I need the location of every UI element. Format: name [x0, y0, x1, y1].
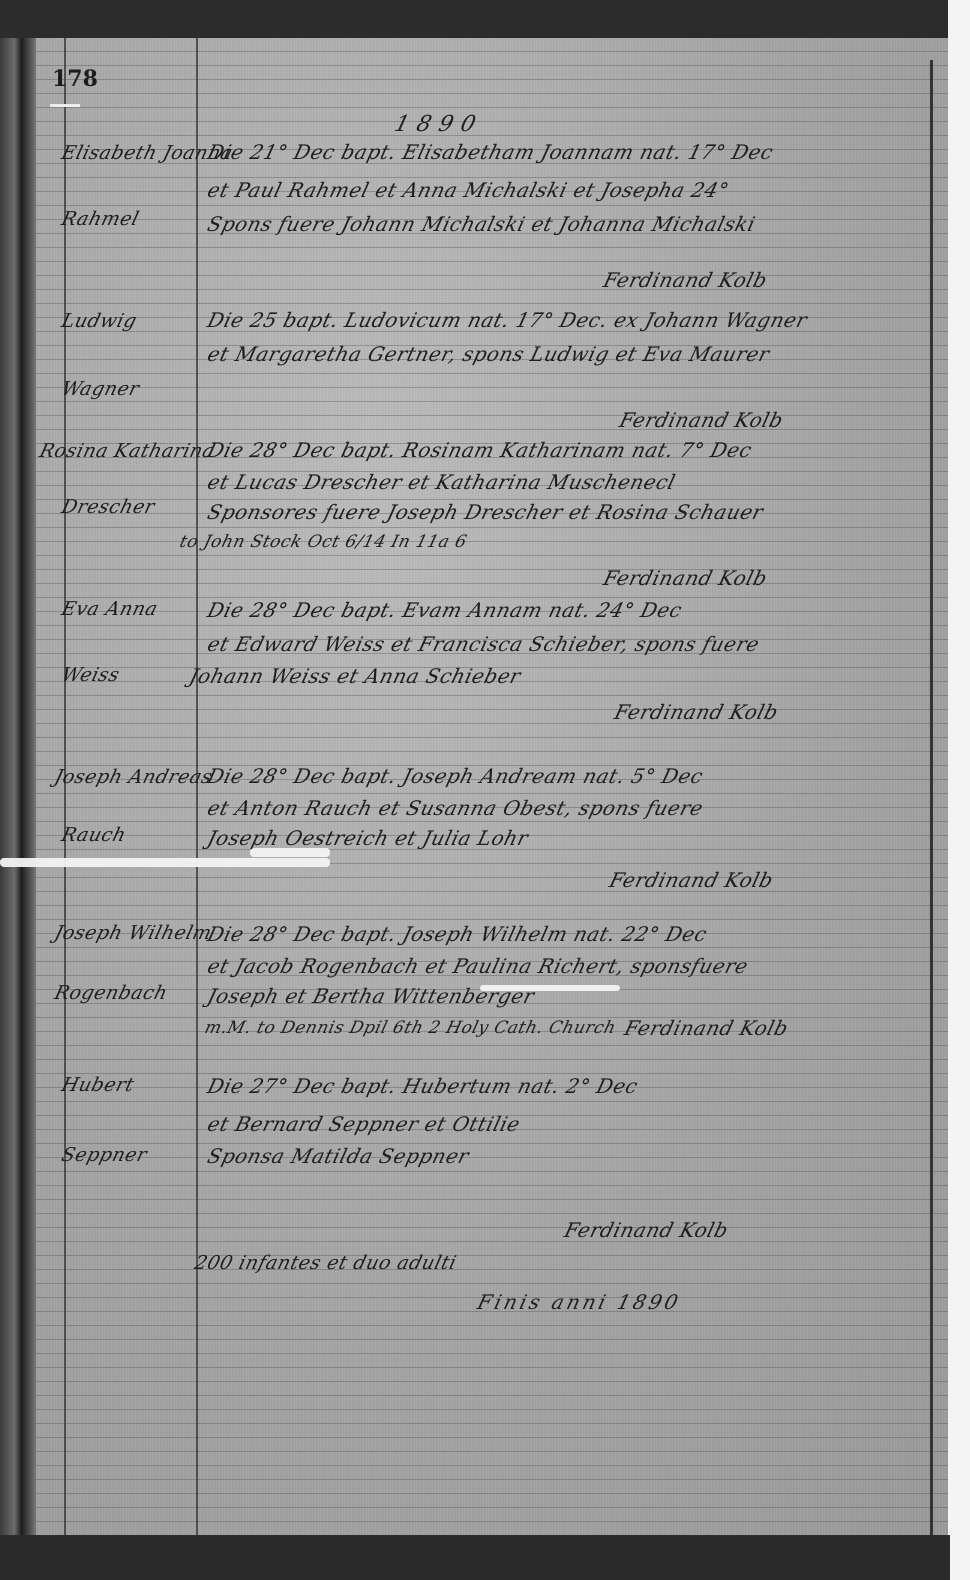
entry-line: Die 28° Dec bapt. Joseph Andream nat. 5°…: [205, 764, 706, 788]
margin-annotation: to John Stock Oct 6/14 In 11a 6: [178, 532, 470, 552]
entry-line: Die 28° Dec bapt. Joseph Wilhelm nat. 22…: [205, 922, 710, 946]
entry-line: et Edward Weiss et Francisca Schieber, s…: [205, 632, 762, 656]
year-header: 1890: [392, 112, 486, 137]
entry-line: Sponsa Matilda Seppner: [205, 1144, 472, 1168]
page-number: 178: [52, 66, 98, 92]
entry-name-surname: Rogenbach: [52, 982, 170, 1004]
priest-signature: Ferdinand Kolb: [612, 700, 781, 724]
entry-name-surname: Drescher: [59, 496, 157, 518]
entry-name-first: Rosina Katharina: [37, 440, 217, 462]
entry-line: Spons fuere Johann Michalski et Johanna …: [205, 212, 758, 236]
entry-name-surname: Weiss: [59, 664, 122, 686]
entry-line: et Jacob Rogenbach et Paulina Richert, s…: [205, 954, 751, 978]
priest-signature: Ferdinand Kolb: [607, 868, 776, 892]
priest-signature: Ferdinand Kolb: [622, 1016, 791, 1040]
entry-name-surname: Rahmel: [59, 208, 141, 230]
priest-signature: Ferdinand Kolb: [617, 408, 786, 432]
entry-line: Die 28° Dec bapt. Rosinam Katharinam nat…: [205, 438, 755, 462]
entry-line: Die 25 bapt. Ludovicum nat. 17° Dec. ex …: [205, 308, 810, 332]
year-summary: 200 infantes et duo adulti: [192, 1252, 459, 1274]
register-page: [0, 38, 948, 1540]
entry-line: Sponsores fuere Joseph Drescher et Rosin…: [205, 500, 766, 524]
entry-name-surname: Rauch: [59, 824, 128, 846]
year-closing: Finis anni 1890: [475, 1290, 683, 1314]
entry-name-first: Ludwig: [59, 310, 139, 332]
entry-line: Joseph Oestreich et Julia Lohr: [205, 826, 531, 850]
entry-name-first: Eva Anna: [59, 598, 160, 620]
right-rule: [930, 60, 933, 1540]
entry-line: Die 27° Dec bapt. Hubertum nat. 2° Dec: [205, 1074, 641, 1098]
entry-line: et Paul Rahmel et Anna Michalski et Jose…: [205, 178, 732, 202]
entry-name-first: Joseph Andreas: [52, 766, 215, 788]
entry-name-first: Joseph Wilhelm: [52, 922, 214, 944]
scan-margin: [948, 0, 970, 1580]
paper-tear: [0, 858, 330, 867]
entry-name-surname: Wagner: [59, 378, 141, 400]
page-number-underline: [50, 104, 80, 107]
bottom-scan-shadow: [0, 1535, 950, 1580]
entry-line: Johann Weiss et Anna Schieber: [187, 664, 523, 688]
entry-line: Die 28° Dec bapt. Evam Annam nat. 24° De…: [205, 598, 685, 622]
entry-line: et Lucas Drescher et Katharina Muschenec…: [205, 470, 678, 494]
priest-signature: Ferdinand Kolb: [562, 1218, 731, 1242]
entry-line: Die 21° Dec bapt. Elisabetham Joannam na…: [205, 140, 776, 164]
priest-signature: Ferdinand Kolb: [601, 566, 770, 590]
entry-name-first: Hubert: [59, 1074, 136, 1096]
left-rule: [64, 38, 66, 1540]
entry-line: et Bernard Seppner et Ottilie: [205, 1112, 523, 1136]
entry-line: Joseph et Bertha Wittenberger: [205, 984, 537, 1008]
margin-annotation: m.M. to Dennis Dpil 6th 2 Holy Cath. Chu…: [203, 1018, 619, 1038]
priest-signature: Ferdinand Kolb: [601, 268, 770, 292]
entry-line: et Anton Rauch et Susanna Obest, spons f…: [205, 796, 706, 820]
book-binding-shadow: [0, 38, 36, 1540]
entry-line: et Margaretha Gertner, spons Ludwig et E…: [205, 342, 772, 366]
name-column-rule: [196, 38, 198, 1540]
entry-name-surname: Seppner: [59, 1144, 149, 1166]
